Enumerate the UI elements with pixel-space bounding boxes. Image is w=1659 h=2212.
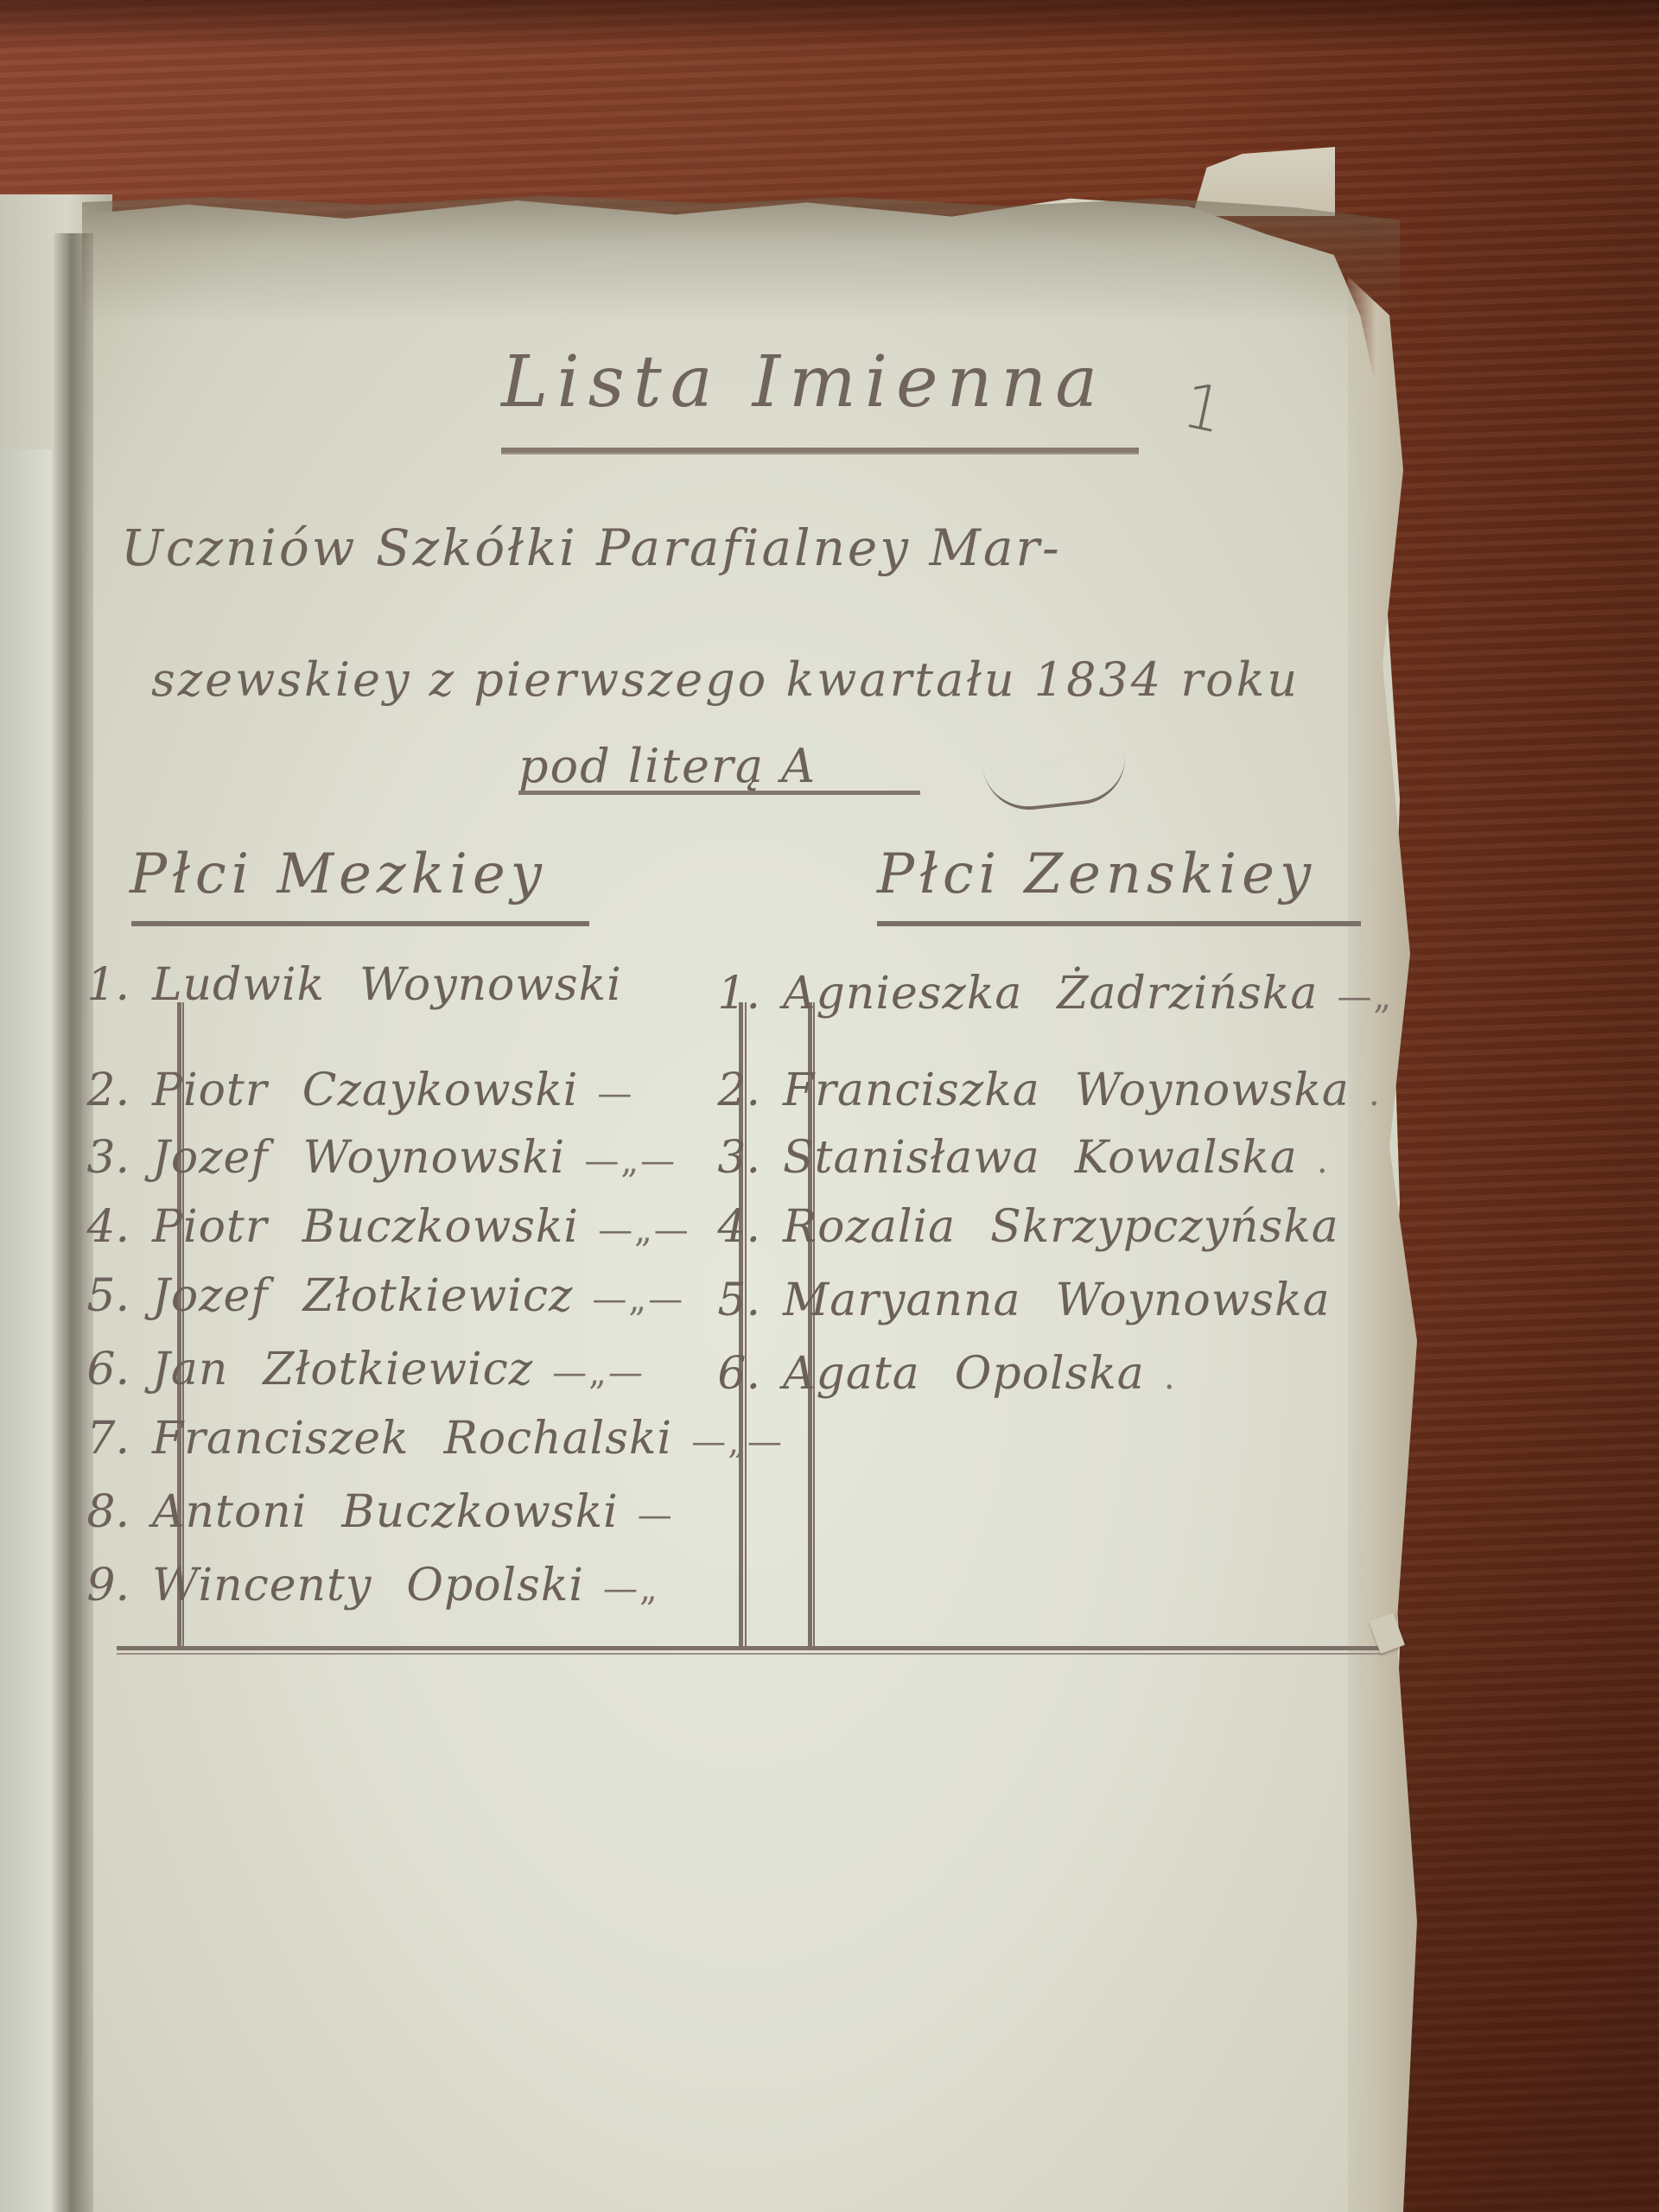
entry-first-name: Jan <box>152 1344 228 1395</box>
women-entry: 4. Rozalia Skrzypczyńska <box>698 1201 1358 1253</box>
document-title: Lista Imienna <box>501 341 1106 423</box>
subtitle-line-3: pod literą A <box>518 739 817 793</box>
women-entry: 3. Stanisława Kowalska . <box>698 1132 1330 1184</box>
entry-ditto-mark: —„— <box>592 1280 684 1319</box>
entry-ditto-mark: — <box>597 1074 633 1114</box>
entry-ditto-mark: —„— <box>598 1211 690 1250</box>
women-entry: 6. Agata Opolska . <box>698 1348 1177 1400</box>
entry-last-name: Rochalski <box>444 1413 673 1465</box>
women-entry: 1. Agnieszka Żadrzińska —„ <box>698 968 1393 1020</box>
entry-last-name: Opolska <box>955 1348 1145 1400</box>
page-top-stain <box>82 194 1400 324</box>
men-entry: 7. Franciszek Rochalski —„— <box>67 1413 784 1465</box>
title-underline <box>501 448 1139 454</box>
entry-number: 8. <box>67 1486 130 1538</box>
men-entry: 6. Jan Złotkiewicz —„— <box>67 1344 645 1395</box>
entry-first-name: Jozef <box>152 1270 269 1322</box>
entry-first-name: Antoni <box>152 1486 307 1538</box>
column-heading-women: Płci Zenskiey <box>877 842 1316 906</box>
table-bottom-rule-thin <box>117 1653 1382 1655</box>
subtitle-line-2: szewskiey z pierwszego kwartału 1834 rok… <box>151 652 1300 707</box>
column-heading-women-underline <box>877 921 1361 926</box>
entry-first-name: Stanisława <box>783 1132 1040 1184</box>
entry-ditto-mark: . <box>1317 1141 1330 1181</box>
women-entry: 2. Franciszka Woynowska . <box>698 1065 1382 1116</box>
men-entry: 2. Piotr Czaykowski — <box>67 1065 633 1116</box>
entry-last-name: Złotkiewicz <box>303 1270 574 1322</box>
entry-first-name: Maryanna <box>783 1274 1020 1326</box>
subtitle-underline <box>518 791 920 795</box>
entry-last-name: Buczkowski <box>302 1201 579 1253</box>
men-entry: 8. Antoni Buczkowski — <box>67 1486 674 1538</box>
entry-last-name: Buczkowski <box>341 1486 618 1538</box>
women-entry: 5. Maryanna Woynowska <box>698 1274 1350 1326</box>
entry-last-name: Czaykowski <box>302 1065 579 1116</box>
entry-first-name: Piotr <box>152 1201 268 1253</box>
entry-number: 6. <box>67 1344 130 1395</box>
entry-ditto-mark: —„ <box>1337 977 1393 1017</box>
entry-ditto-mark: —„— <box>552 1353 645 1393</box>
entry-last-name: Opolski <box>406 1560 584 1611</box>
entry-number: 1. <box>67 959 130 1011</box>
entry-last-name: Woynowska <box>1055 1274 1330 1326</box>
entry-last-name: Woynowski <box>359 959 622 1011</box>
column-heading-men: Płci Mezkiey <box>130 842 547 906</box>
men-entry: 3. Jozef Woynowski —„— <box>67 1132 677 1184</box>
entry-number: 3. <box>698 1132 760 1184</box>
entry-first-name: Franciszka <box>783 1065 1040 1116</box>
entry-ditto-mark: . <box>1369 1074 1382 1114</box>
entry-ditto-mark: — <box>638 1496 674 1535</box>
entry-number: 4. <box>67 1201 130 1253</box>
entry-number: 3. <box>67 1132 130 1184</box>
entry-ditto-mark: —„— <box>691 1422 784 1462</box>
subtitle-line-1: Uczniów Szkółki Parafialney Mar- <box>121 518 1062 577</box>
entry-number: 6. <box>698 1348 760 1400</box>
entry-first-name: Rozalia <box>783 1201 956 1253</box>
entry-last-name: Złotkiewicz <box>263 1344 533 1395</box>
entry-last-name: Skrzypczyńska <box>990 1201 1339 1253</box>
entry-number: 1. <box>698 968 760 1020</box>
entry-last-name: Woynowska <box>1075 1065 1350 1116</box>
entry-first-name: Agata <box>783 1348 920 1400</box>
entry-number: 2. <box>67 1065 130 1116</box>
men-entry: 5. Jozef Złotkiewicz —„— <box>67 1270 684 1322</box>
entry-number: 5. <box>698 1274 760 1326</box>
men-entry: 4. Piotr Buczkowski —„— <box>67 1201 690 1253</box>
entry-first-name: Jozef <box>152 1132 269 1184</box>
entry-ditto-mark: —„ <box>603 1569 659 1609</box>
entry-first-name: Piotr <box>152 1065 268 1116</box>
men-entry: 9. Wincenty Opolski —„ <box>67 1560 659 1611</box>
table-bottom-rule <box>117 1646 1382 1650</box>
entry-last-name: Żadrzińska <box>1057 968 1318 1020</box>
entry-number: 9. <box>67 1560 130 1611</box>
entry-number: 7. <box>67 1413 130 1465</box>
entry-last-name: Kowalska <box>1075 1132 1298 1184</box>
entry-last-name: Woynowski <box>303 1132 566 1184</box>
entry-first-name: Franciszek <box>152 1413 410 1465</box>
entry-number: 2. <box>698 1065 760 1116</box>
entry-number: 5. <box>67 1270 130 1322</box>
entry-first-name: Agnieszka <box>783 968 1022 1020</box>
entry-ditto-mark: —„— <box>584 1141 677 1181</box>
column-heading-men-underline <box>131 921 589 926</box>
entry-number: 4. <box>698 1201 760 1253</box>
men-entry: 1. Ludwik Woynowski <box>67 959 641 1011</box>
entry-first-name: Ludwik <box>152 959 325 1011</box>
entry-ditto-mark: . <box>1164 1357 1177 1397</box>
entry-first-name: Wincenty <box>152 1560 372 1611</box>
underlying-page-strip <box>0 449 52 2212</box>
